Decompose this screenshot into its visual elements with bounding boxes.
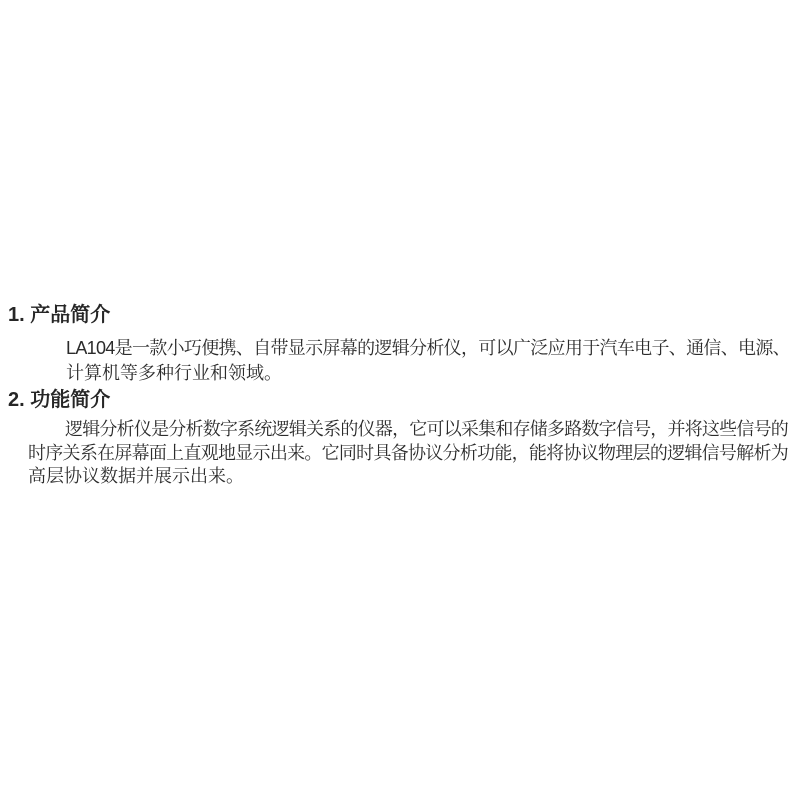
text-line-content: 高层协议数据并展示出来。 xyxy=(28,465,244,489)
text-line: LA104是一款小巧便携、自带显示屏幕的逻辑分析仪，可以广泛应用于汽车电子、通信… xyxy=(66,336,790,361)
text-line-content: 逻辑分析仪是分析数字系统逻辑关系的仪器，它可以采集和存储多路数字信号，并将这些信… xyxy=(65,418,788,442)
document-page: 1. 产品简介 LA104是一款小巧便携、自带显示屏幕的逻辑分析仪，可以广泛应用… xyxy=(0,0,800,800)
paragraph-product-intro: LA104是一款小巧便携、自带显示屏幕的逻辑分析仪，可以广泛应用于汽车电子、通信… xyxy=(66,336,790,386)
text-line: 时序关系在屏幕面上直观地显示出来。它同时具备协议分析功能，能将协议物理层的逻辑信… xyxy=(28,442,788,466)
text-line-content: 时序关系在屏幕面上直观地显示出来。它同时具备协议分析功能，能将协议物理层的逻辑信… xyxy=(28,442,788,466)
text-line-content: LA104是一款小巧便携、自带显示屏幕的逻辑分析仪，可以广泛应用于汽车电子、通信… xyxy=(66,336,790,361)
document-content: 1. 产品简介 LA104是一款小巧便携、自带显示屏幕的逻辑分析仪，可以广泛应用… xyxy=(0,0,800,800)
section-heading-function-intro: 2. 功能简介 xyxy=(8,387,110,413)
paragraph-function-intro: 逻辑分析仪是分析数字系统逻辑关系的仪器，它可以采集和存储多路数字信号，并将这些信… xyxy=(28,418,788,489)
section-heading-product-intro: 1. 产品简介 xyxy=(8,302,110,328)
text-line: 高层协议数据并展示出来。 xyxy=(28,465,788,489)
text-line: 计算机等多种行业和领域。 xyxy=(66,361,790,386)
text-line-content: 计算机等多种行业和领域。 xyxy=(66,361,282,386)
text-line: 逻辑分析仪是分析数字系统逻辑关系的仪器，它可以采集和存储多路数字信号，并将这些信… xyxy=(28,418,788,442)
